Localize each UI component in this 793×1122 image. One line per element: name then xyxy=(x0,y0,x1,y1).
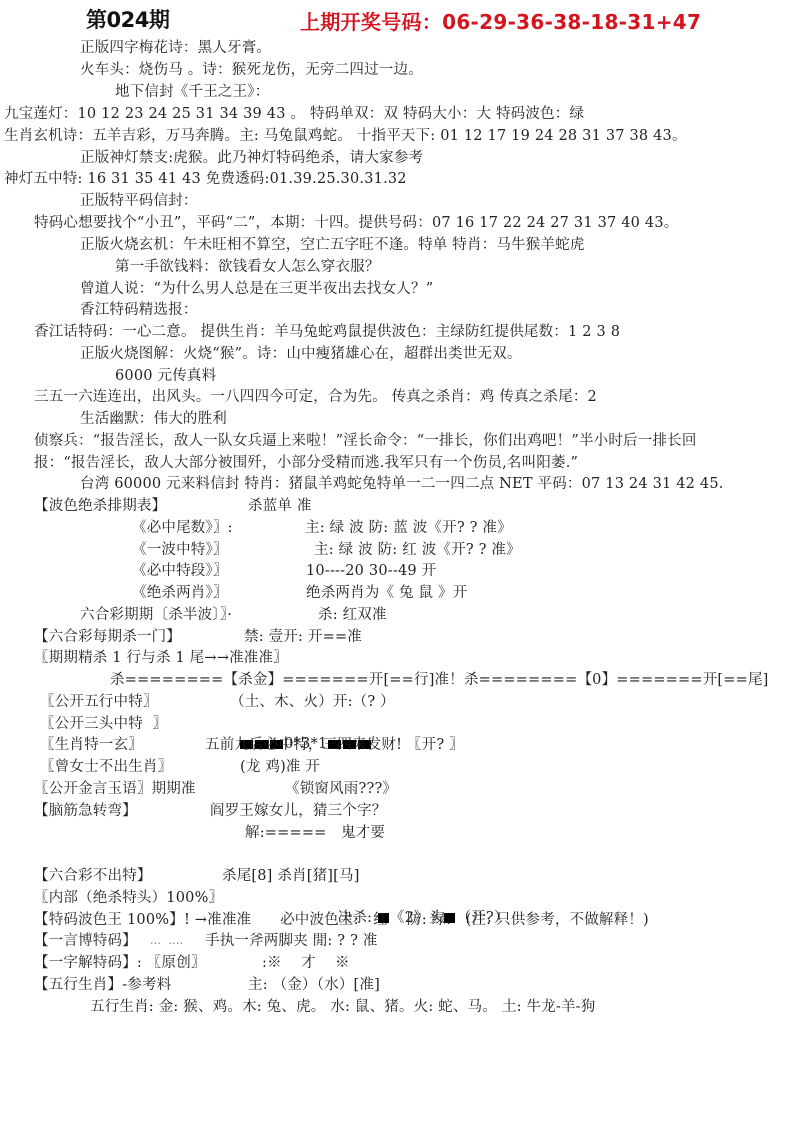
lamp-forbidden: 正版神灯禁支:虎猴。此乃神灯特码绝杀，请大家参考 xyxy=(80,148,423,168)
fax-kill: 三五一六连连出，出风头。一八四四今可定，合为先。 传真之杀肖：鸡 传真之杀尾：2 xyxy=(34,387,597,407)
no-special-label: 【六合彩不出特】 xyxy=(34,866,152,886)
wave-row-value: 主: 绿 波 防: 红 波《开? ? 准》 xyxy=(314,540,521,560)
public-label: 〖公开金言玉语〗期期准 xyxy=(34,779,196,799)
public-label: 〖公开三头中特 〗 xyxy=(40,714,167,734)
public-label: 〖生肖特一玄〗 xyxy=(40,735,143,755)
wave-row-label: 《绝杀两肖》〗 xyxy=(132,583,228,603)
riddle-label: 【脑筋急转弯】 xyxy=(34,801,137,821)
wave-table-title: 【波色绝杀排期表】 xyxy=(34,496,166,516)
public-value: 《锁窗风雨???》 xyxy=(285,779,397,799)
kill-door-value: 禁: 壹开: 开==准 xyxy=(244,627,362,647)
joke-line-1: 侦察兵：“报告淫长，敌人一队女兵逼上来啦！”淫长命令：“一排长，你们出鸡吧！”半… xyxy=(34,431,697,451)
life-humor: 生活幽默：伟大的胜利 xyxy=(80,409,227,429)
fax-material-6000: 6000 元传真料 xyxy=(115,366,216,386)
zodiac-poem: 生肖玄机诗：五羊吉彩，万马奔腾。主: 马兔鼠鸡蛇。 十指平天下: 01 12 1… xyxy=(4,126,687,146)
taiwan-envelope: 台湾 60000 元来料信封 特肖：猪鼠羊鸡蛇兔特单一二一四二点 NET 平码：… xyxy=(80,474,724,494)
xiangjiang-title: 香江特码精选报： xyxy=(80,300,198,320)
first-hand-material: 第一手欲钱料：欲钱看女人怎么穿衣服？ xyxy=(115,257,380,277)
issue-number: 第024期 xyxy=(86,4,169,34)
kill-door-label: 【六合彩每期杀一门】 xyxy=(34,627,181,647)
public-value: (龙 鸡)准 开 xyxy=(240,757,320,777)
wave-row-label: 《一波中特》〗 xyxy=(132,540,228,560)
public-value: （土、木、火）开:（? ） xyxy=(230,692,395,712)
public-label: 〖曾女士不出生肖〗 xyxy=(40,757,172,777)
riddle-answer: 解:===== 鬼才要 xyxy=(245,823,385,843)
riddle-question: 阎罗王嫁女儿，猜三个字？ xyxy=(210,801,386,821)
fire-mystery: 正版火烧玄机：午未旺相不算空，空亡五字旺不逢。特单 特肖：马牛猴羊蛇虎 xyxy=(80,235,585,255)
last-draw-numbers: 上期开奖号码：06-29-36-38-18-31+47 xyxy=(300,6,701,35)
half-wave-label: 六合彩期期〔杀半波〕〗· xyxy=(80,605,232,625)
flat-code-envelope: 正版特平码信封： xyxy=(80,191,198,211)
fire-illustration: 正版火烧图解：火烧“猴”。诗：山中瘦猪雄心在，超群出类世无双。 xyxy=(80,344,522,364)
public-value: 五前九后必中特，三四来发财! 〖开? 〗 xyxy=(205,735,464,755)
wave-row-value: 10----20 30--49 开 xyxy=(306,561,436,581)
special-code-clown: 特码心想要找个“小丑”，平码“二”，本期：十四。提供号码：07 16 17 22… xyxy=(34,213,678,233)
wave-row-value: 绝杀两肖为《 兔 鼠 》开 xyxy=(306,583,467,603)
xiangjiang-special: 香江话特码：一心二意。 提供生肖：羊马兔蛇鸡鼠提供波色：主绿防红提供尾数：1 2… xyxy=(34,322,620,342)
internal-label: 〖内部（绝杀特头）100%〗 xyxy=(34,888,223,908)
underground-envelope-title: 地下信封《千王之王》： xyxy=(115,82,269,102)
zeng-daoren-says: 曾道人说：“为什么男人总是在三更半夜出去找女人？” xyxy=(80,279,433,299)
wave-row-label: 《必中特段》〗 xyxy=(132,561,228,581)
one-word-dots: ... .... xyxy=(150,931,183,951)
one-char-value: :※ 才 ※ xyxy=(262,953,350,973)
kill-row-label: 〖期期精杀 1 行与杀 1 尾→→准准准〗 xyxy=(34,648,288,668)
five-elements-label: 【五行生肖】-参考料 xyxy=(34,975,171,995)
wave-row-value: 主: 绿 波 防: 蓝 波《开? ? 准》 xyxy=(305,518,512,538)
wave-king: 【特码波色王 100%】! →准准准 必中波色主: 红 防: 绿. (注: 只供… xyxy=(34,910,649,930)
wave-table-title-value: 杀蓝单 准 xyxy=(248,496,312,516)
five-elements-value: 主: （金）（水）[准] xyxy=(248,975,380,995)
wave-row-label: 《必中尾数》〗: xyxy=(132,518,233,538)
train-head: 火车头：烧伤马 。诗：猴死龙伤，无旁二四过一边。 xyxy=(80,60,423,80)
nine-lotus-lamp: 九宝莲灯：10 12 23 24 25 31 34 39 43 。 特码单双：双… xyxy=(4,104,584,124)
kill-row-detail: 杀========【杀金】=======开[==行]准！杀========【0】… xyxy=(110,670,769,690)
public-label: 〖公开五行中特〗 xyxy=(40,692,158,712)
no-special-value: 杀尾[8] 杀肖[猪][马] xyxy=(222,866,360,886)
one-word-label: 【一言博特码】 xyxy=(34,931,137,951)
one-word-value: 手执一斧两脚夹 閒: ? ? 准 xyxy=(205,931,378,951)
one-char-label: 【一字解特码】: 〖原创〗 xyxy=(34,953,206,973)
five-elements-list: 五行生肖: 金: 猴、鸡。木: 兔、虎。 水: 鼠、猪。火: 蛇、马。 土: 牛… xyxy=(90,997,595,1017)
half-wave-value: 杀: 红双准 xyxy=(318,605,387,625)
lamp-five-special: 神灯五中特: 16 31 35 41 43 免费透码:01.39.25.30.3… xyxy=(4,169,407,189)
joke-line-2: 报：“报告淫长，敌人大部分被围歼，小部分受精而逃.我军只有一个伤员,名叫阳萎.” xyxy=(34,453,578,473)
plum-poem: 正版四字梅花诗：黑人牙膏。 xyxy=(80,38,271,58)
